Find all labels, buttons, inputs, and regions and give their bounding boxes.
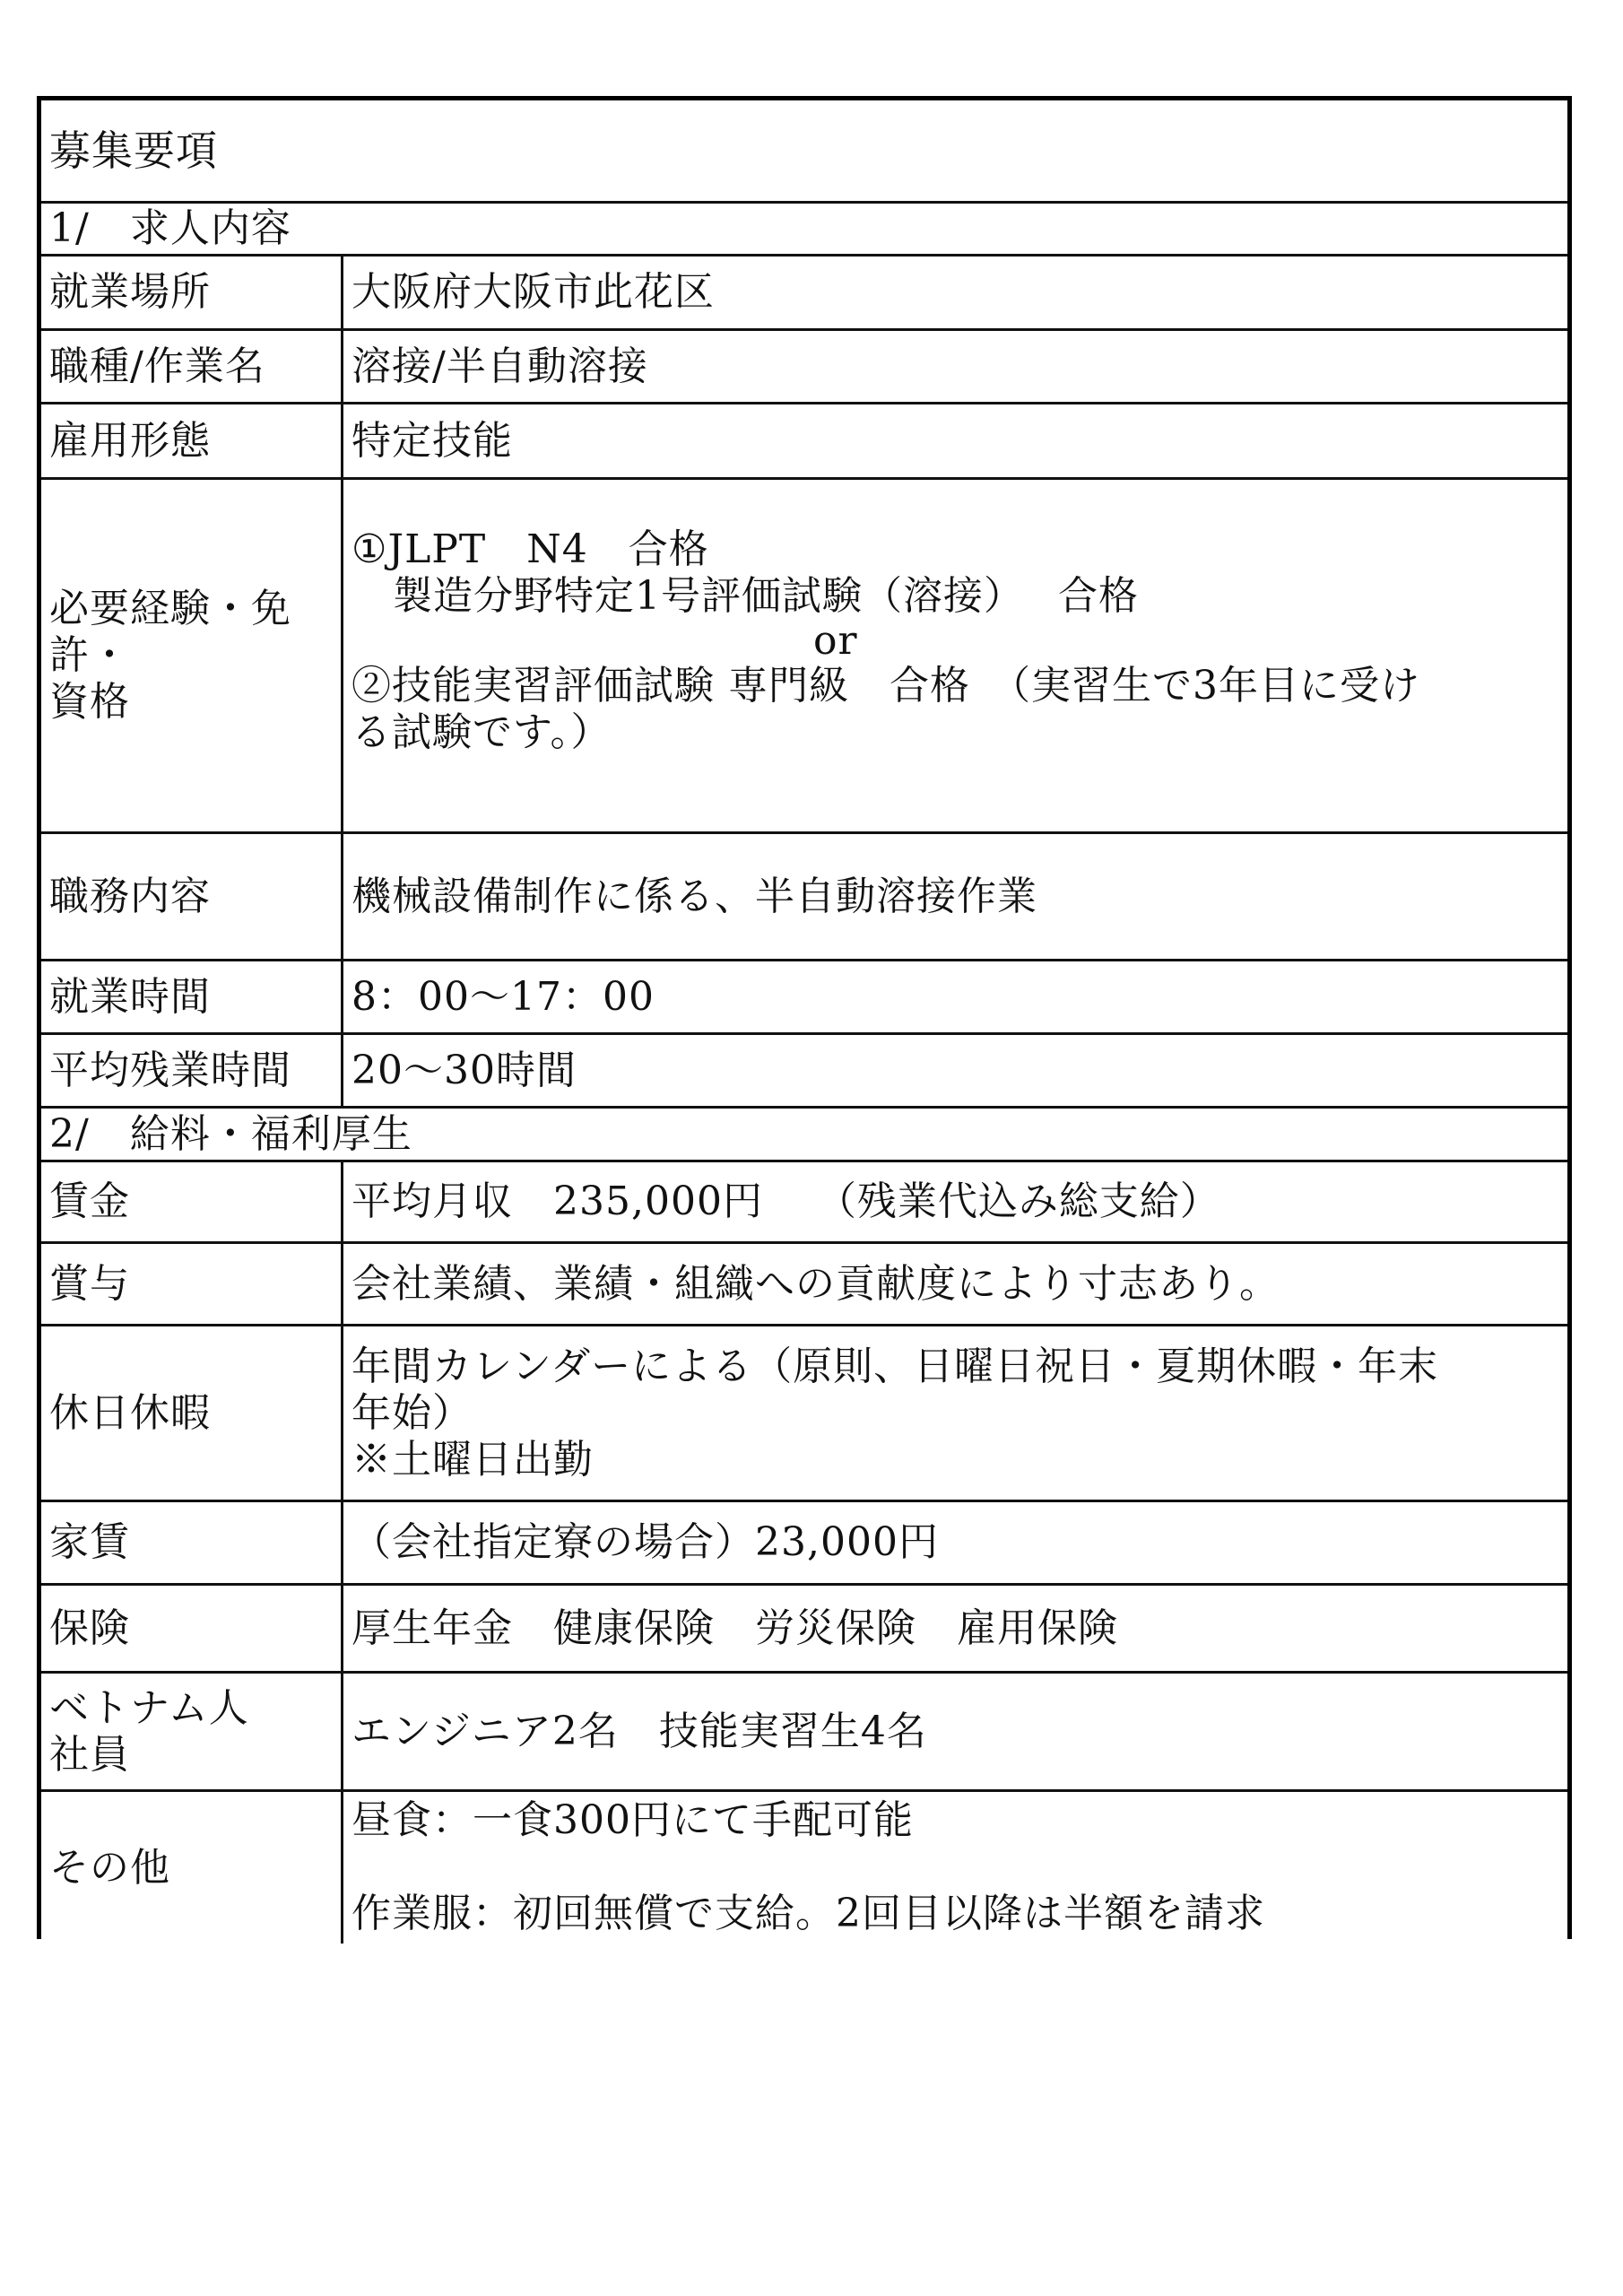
table-row: 必要経験・免 許・ 資格 ①JLPT N4 合格 製造分野特定1号評価試験（溶接… [41,477,1567,831]
table-row: 休日休暇 年間カレンダーによる（原則、日曜日祝日・夏期休暇・年末 年始） ※土曜… [41,1324,1567,1500]
row-label: 職種/作業名 [49,344,265,390]
table-row: その他 昼食：一食300円にて手配可能 作業服：初回無償で支給。2回目以降は半額… [41,1789,1567,1944]
requirement-2: ②技能実習評価試験 専門級 合格 （実習生で3年目に受け [352,663,1420,709]
row-value: 会社業績、業績・組織への貢献度により寸志あり。 [352,1261,1280,1308]
row-label: 職務内容 [49,874,211,920]
holiday-line: ※土曜日出勤 [352,1437,1438,1483]
table-row: 家賃 （会社指定寮の場合）23,000円 [41,1500,1567,1583]
requirement-2-cont: る試験です。） [352,709,1420,756]
section-heading: 2/ 給料・福利厚生 [49,1111,412,1158]
table-row: 就業場所 大阪府大阪市此花区 [41,254,1567,328]
row-label: 家賃 [49,1519,130,1566]
requirement-1: ①JLPT N4 合格 [352,526,1420,573]
other-line-blank [352,1844,1265,1891]
row-value: 溶接/半自動溶接 [352,344,648,390]
row-value: 8：00～17：00 [352,974,655,1021]
table-row: 賃金 平均月収 235,000円 （残業代込み総支給） [41,1160,1567,1241]
row-label-line: ベトナム人 [49,1685,249,1732]
row-value: 機械設備制作に係る、半自動溶接作業 [352,874,1037,920]
table-row: 職種/作業名 溶接/半自動溶接 [41,328,1567,402]
title-row: 募集要項 [41,100,1567,201]
row-label: 賃金 [49,1178,130,1225]
row-label: 休日休暇 [49,1390,211,1437]
other-line: 作業服：初回無償で支給。2回目以降は半額を請求 [352,1891,1265,1937]
requirement-or: or [352,620,1420,663]
row-value: 大阪府大阪市此花区 [352,269,715,316]
row-value: 20～30時間 [352,1048,577,1094]
row-label: 就業場所 [49,269,211,316]
row-label: 雇用形態 [49,418,211,465]
row-value: （会社指定寮の場合）23,000円 [352,1519,939,1566]
recruitment-table: 募集要項 1/ 求人内容 就業場所 大阪府大阪市此花区 職種/作業名 溶接/半自… [37,96,1572,1939]
table-row: ベトナム人 社員 エンジニア2名 技能実習生4名 [41,1671,1567,1789]
section-heading: 1/ 求人内容 [49,205,291,252]
holiday-line: 年始） [352,1390,1438,1437]
table-row: 雇用形態 特定技能 [41,402,1567,477]
table-row: 職務内容 機械設備制作に係る、半自動溶接作業 [41,831,1567,959]
table-row: 平均残業時間 20～30時間 [41,1032,1567,1106]
row-label: 保険 [49,1605,130,1652]
row-value: 平均月収 235,000円 （残業代込み総支給） [352,1178,1220,1225]
section-heading-row: 2/ 給料・福利厚生 [41,1106,1567,1160]
page-title: 募集要項 [49,127,218,174]
table-row: 保険 厚生年金 健康保険 労災保険 雇用保険 [41,1583,1567,1671]
requirement-1-detail: 製造分野特定1号評価試験（溶接） 合格 [352,573,1420,620]
row-label: 平均残業時間 [49,1048,291,1094]
row-label-line: 許・ [49,632,291,679]
row-label-line: 社員 [49,1732,249,1779]
row-label: 就業時間 [49,974,211,1021]
row-label-line: 必要経験・免 [49,586,291,632]
row-label-line: 資格 [49,679,291,726]
row-value: エンジニア2名 技能実習生4名 [352,1709,927,1755]
table-row: 就業時間 8：00～17：00 [41,959,1567,1032]
row-label: 賞与 [49,1261,130,1308]
holiday-line: 年間カレンダーによる（原則、日曜日祝日・夏期休暇・年末 [352,1344,1438,1390]
row-value: 厚生年金 健康保険 労災保険 雇用保険 [352,1605,1118,1652]
table-row: 賞与 会社業績、業績・組織への貢献度により寸志あり。 [41,1241,1567,1324]
other-line: 昼食：一食300円にて手配可能 [352,1797,1265,1844]
row-value: 特定技能 [352,418,513,465]
row-label: その他 [49,1845,170,1892]
section-heading-row: 1/ 求人内容 [41,201,1567,254]
